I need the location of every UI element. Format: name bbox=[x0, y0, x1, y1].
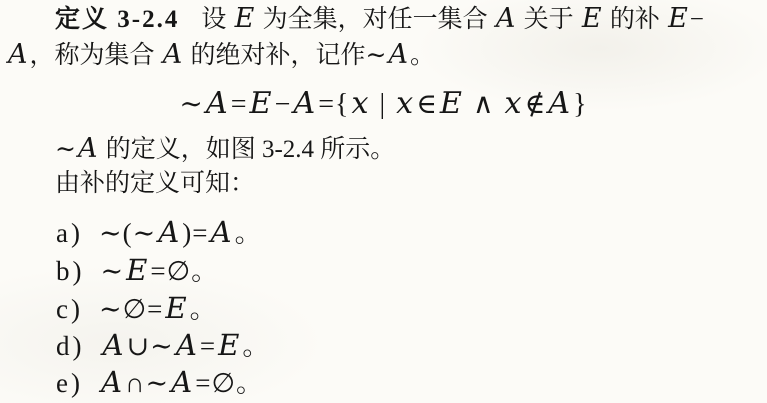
definition-number: 定义 3-2.4 bbox=[55, 6, 179, 33]
definition-line-2: A，称为集合 A 的绝对补，记作∼A。 bbox=[6, 40, 435, 71]
property-item-a: a)∼(∼A)=A。 bbox=[56, 211, 263, 250]
property-formula-d: A∪∼A=E。 bbox=[101, 331, 271, 361]
property-label-e: e) bbox=[56, 368, 83, 399]
textbook-page: 定义 3-2.4设 E 为全集，对任一集合 A 关于 E 的补 E− A，称为集… bbox=[0, 0, 767, 403]
figure-reference-line: ∼A 的定义，如图 3-2.4 所示。 bbox=[55, 134, 395, 165]
property-label-a: a) bbox=[56, 218, 83, 249]
properties-intro-line: 由补的定义可知： bbox=[55, 169, 255, 199]
property-item-c: c)∼∅=E。 bbox=[56, 287, 218, 326]
property-label-b: b) bbox=[56, 256, 85, 287]
property-item-b: b)∼E=∅。 bbox=[56, 249, 219, 288]
property-formula-a: ∼(∼A)=A。 bbox=[99, 218, 263, 248]
property-formula-c: ∼∅=E。 bbox=[99, 294, 218, 324]
property-item-e: e)A∩∼A=∅。 bbox=[56, 361, 264, 400]
property-label-c: c) bbox=[56, 294, 83, 325]
definition-line-1: 定义 3-2.4设 E 为全集，对任一集合 A 关于 E 的补 E− bbox=[55, 4, 704, 35]
property-label-d: d) bbox=[56, 331, 85, 362]
property-formula-b: ∼E=∅。 bbox=[101, 256, 220, 286]
property-formula-e: A∩∼A=∅。 bbox=[99, 368, 264, 398]
property-item-d: d)A∪∼A=E。 bbox=[56, 324, 270, 363]
complement-formula: ∼A=E−A={x | x∈E ∧ x∉A} bbox=[0, 86, 767, 121]
definition-line-1-text: 设 E 为全集，对任一集合 A 关于 E 的补 E− bbox=[201, 6, 704, 33]
